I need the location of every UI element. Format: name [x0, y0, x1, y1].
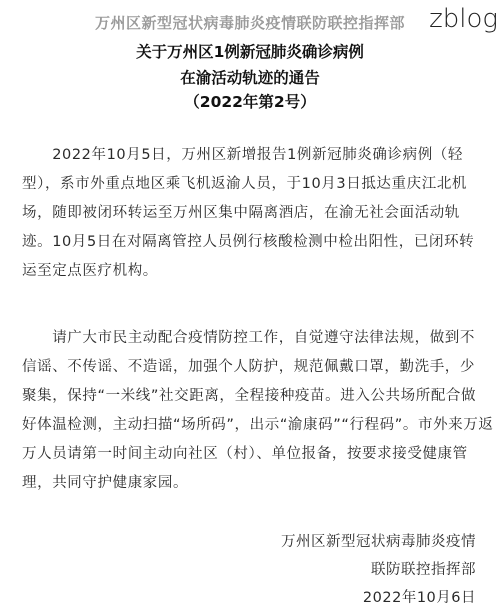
- paragraph-case-report: 2022年10月5日，万州区新增报告1例新冠肺炎确诊病例（轻 型），系市外重点地…: [22, 141, 478, 286]
- text-line: 信谣、不传谣、不造谣，加强个人防护，规范佩戴口罩，勤洗手，少: [22, 353, 478, 382]
- text-line: 理，共同守护健康家园。: [22, 469, 478, 498]
- signature-block: 万州区新型冠状病毒肺炎疫情 联防联控指挥部 2022年10月6日: [281, 528, 476, 609]
- notice-title-line-1: 关于万州区1例新冠肺炎确诊病例: [0, 40, 500, 62]
- signature-org-line-2: 联防联控指挥部: [281, 556, 476, 584]
- text-line: 迹。10月5日在对隔离管控人员例行核酸检测中检出阳性，已闭环转: [22, 228, 478, 257]
- signature-date: 2022年10月6日: [281, 584, 476, 609]
- text-line: 场，随即被闭环转运至万州区集中隔离酒店，在渝无社会面活动轨: [22, 199, 478, 228]
- text-line: 万人员请第一时间主动向社区（村）、单位报备，按要求接受健康管: [22, 440, 478, 469]
- text-line: 运至定点医疗机构。: [22, 257, 478, 286]
- notice-title-line-2: 在渝活动轨迹的通告: [0, 66, 500, 88]
- text-line: 型），系市外重点地区乘飞机返渝人员，于10月3日抵达重庆江北机: [22, 170, 478, 199]
- signature-org-line-1: 万州区新型冠状病毒肺炎疫情: [281, 528, 476, 556]
- text-line: 聚集，保持“一米线”社交距离，全程接种疫苗。进入公共场所配合做: [22, 382, 478, 411]
- text-line: 好体温检测，主动扫描“场所码”，出示“渝康码”“行程码”。市外来万返: [22, 411, 478, 440]
- text-line: 2022年10月5日，万州区新增报告1例新冠肺炎确诊病例（轻: [22, 141, 478, 170]
- notice-number: （2022年第2号）: [0, 90, 500, 112]
- issuer-heading: 万州区新型冠状病毒肺炎疫情联防联控指挥部: [0, 12, 500, 33]
- paragraph-public-advice: 请广大市民主动配合疫情防控工作，自觉遵守法律法规，做到不 信谣、不传谣、不造谣，…: [22, 324, 478, 498]
- text-line: 请广大市民主动配合疫情防控工作，自觉遵守法律法规，做到不: [22, 324, 478, 353]
